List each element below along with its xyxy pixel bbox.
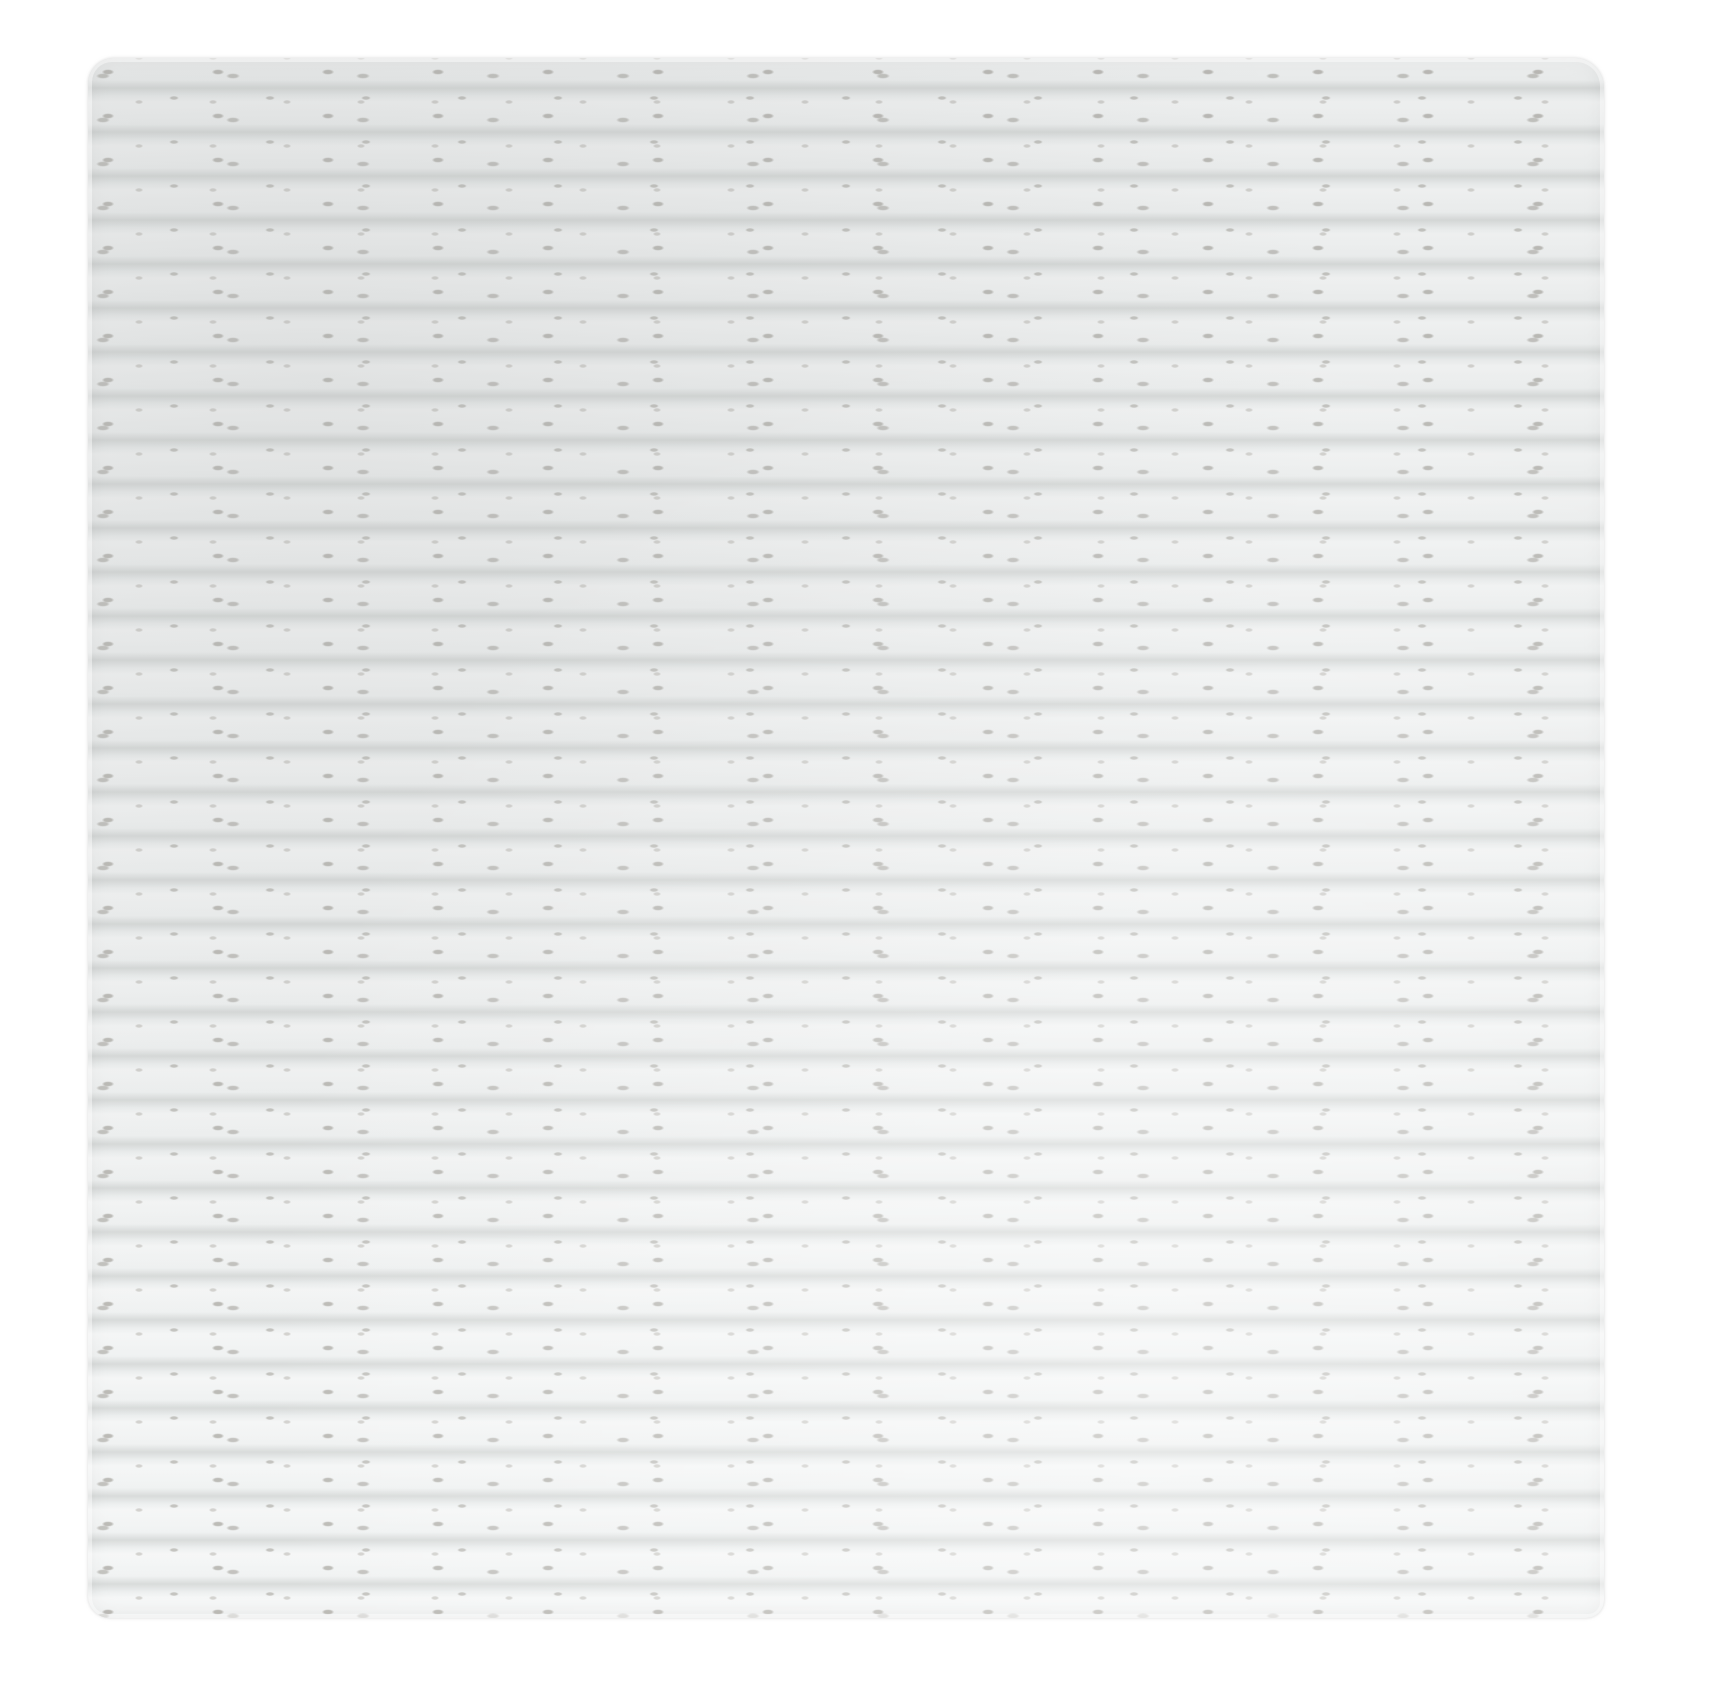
shag-fringe-edge (88, 58, 1604, 1618)
rug-swatch (88, 58, 1604, 1618)
